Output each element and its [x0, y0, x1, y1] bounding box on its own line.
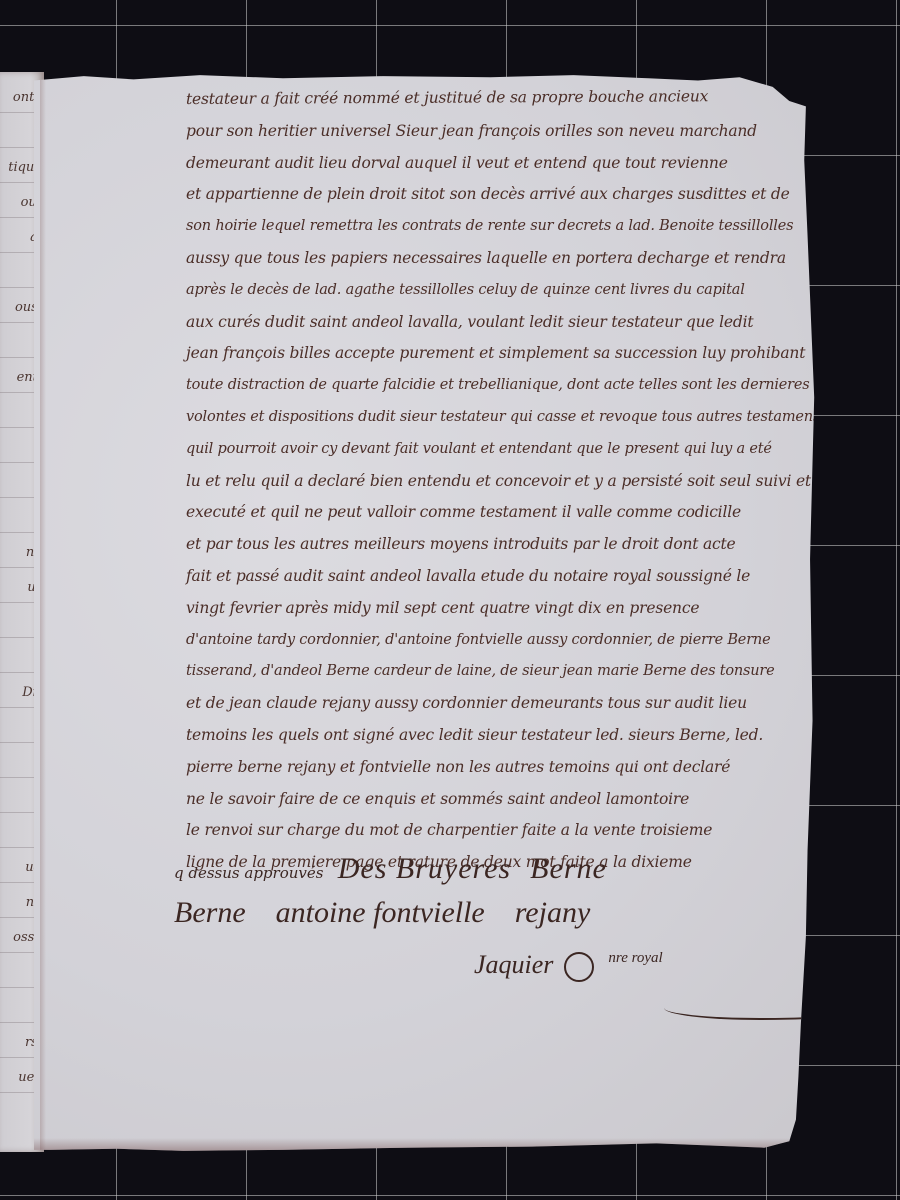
signature-flourish [664, 990, 900, 1020]
body-line: demeurant audit lieu dorval auquel il ve… [186, 148, 846, 180]
body-line: ne le savoir faire de ce enquis et sommé… [186, 784, 846, 816]
body-line: volontes et dispositions dudit sieur tes… [186, 402, 846, 434]
photo-scene: ontestiqueoutalous,ent,aoneuryDitssudnoo… [0, 0, 900, 1200]
body-line: lu et relu quil a declaré bien entendu e… [186, 466, 846, 498]
body-line: son hoirie lequel remettra les contrats … [186, 211, 846, 243]
signature-berne: Berne [530, 852, 607, 885]
body-line: et appartienne de plein droit sitot son … [186, 179, 846, 211]
body-line: d'antoine tardy cordonnier, d'antoine fo… [186, 625, 846, 657]
body-line: vingt fevrier après midy mil sept cent q… [186, 593, 846, 625]
notary-title: nre royal [608, 950, 662, 966]
body-line: pierre berne rejany et fontvielle non le… [186, 752, 846, 784]
signature-line-1: q dessus approuvés Des Bruyeres Berne [174, 852, 854, 896]
signature-fontvielle: antoine fontvielle [276, 896, 485, 929]
body-line: executé et quil ne peut valloir comme te… [186, 497, 846, 529]
page-fold-shadow [40, 74, 46, 1152]
body-line: aussy que tous les papiers necessaires l… [186, 243, 846, 275]
notary-signature-line: Jaquier nre royal [474, 950, 854, 1020]
body-line: aux curés dudit saint andeol lavalla, vo… [186, 307, 846, 339]
body-line: et par tous les autres meilleurs moyens … [186, 529, 846, 561]
signature-block: q dessus approuvés Des Bruyeres Berne Be… [174, 852, 854, 1020]
body-line: tisserand, d'andeol Berne cardeur de lai… [186, 656, 846, 688]
body-line: et de jean claude rejany aussy cordonnie… [186, 688, 846, 720]
body-line: jean françois billes accepte purement et… [186, 338, 846, 370]
body-line: fait et passé audit saint andeol lavalla… [186, 561, 846, 593]
body-line: testateur a fait créé nommé et justitué … [186, 81, 846, 116]
signature-berne-2: Berne [174, 896, 246, 929]
body-line: le renvoi sur charge du mot de charpenti… [186, 815, 846, 847]
page-bottom-stain [34, 1138, 864, 1152]
body-line: temoins les quels ont signé avec ledit s… [186, 720, 846, 752]
testament-body: testateur a fait créé nommé et justitué … [186, 84, 846, 879]
signature-line-2: Berne antoine fontvielle rejany [174, 896, 854, 950]
notary-signature: Jaquier [474, 950, 553, 979]
approval-note: q dessus approuvés [174, 864, 323, 882]
signature-desbruyeres: Des Bruyeres [338, 852, 511, 885]
signature-rejany: rejany [515, 896, 591, 929]
body-line: toute distraction de quarte falcidie et … [186, 370, 846, 402]
notary-paraph-icon [564, 952, 594, 982]
body-line: quil pourroit avoir cy devant fait voula… [186, 434, 846, 466]
manuscript-page: testateur a fait créé nommé et justitué … [34, 74, 864, 1152]
body-line: après le decès de lad. agathe tessilloll… [186, 275, 846, 307]
body-line: pour son heritier universel Sieur jean f… [186, 116, 846, 148]
